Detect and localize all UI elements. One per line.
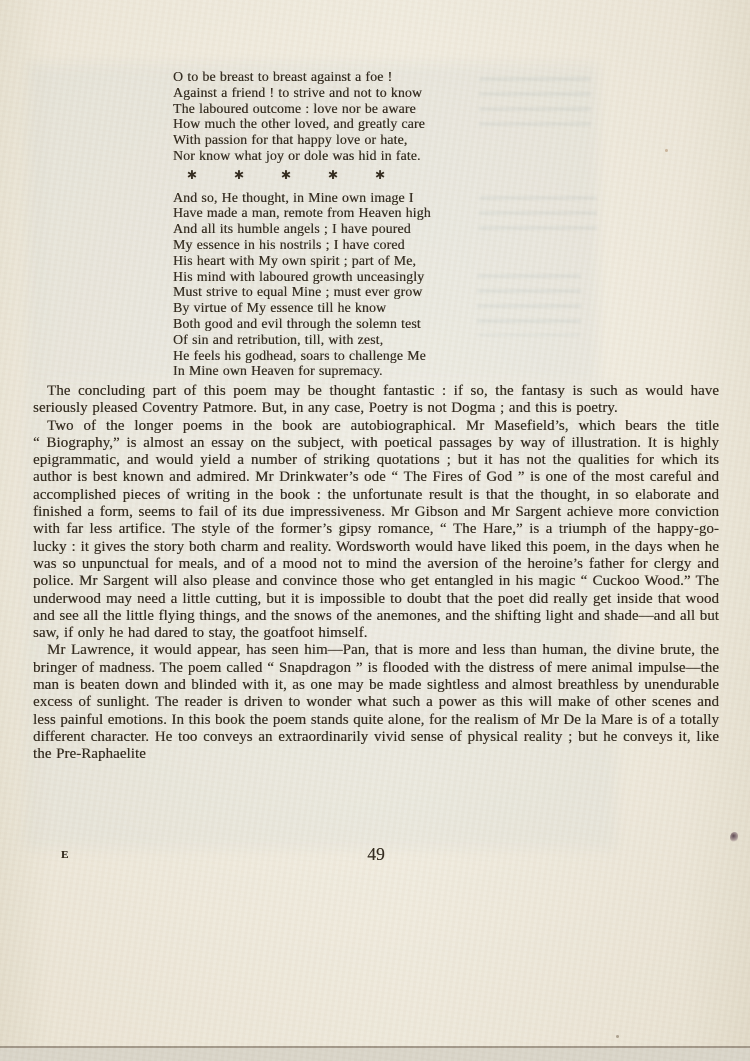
poem-line: His heart with My own spirit ; part of M… [173,253,431,269]
prose-block: The concluding part of this poem may be … [33,383,719,764]
prose-paragraph: The concluding part of this poem may be … [33,383,719,418]
poem-line: Nor know what joy or dole was hid in fat… [173,148,431,164]
poem-line: How much the other loved, and greatly ca… [173,116,431,132]
poem-stanza-1: O to be breast to breast against a foe !… [173,69,431,164]
asterisk-glyph: ∗ [233,168,245,184]
poem-line: Must strive to equal Mine ; must ever gr… [173,284,431,300]
poem-line: And all its humble angels ; I have poure… [173,221,431,237]
poem-line: He feels his godhead, soars to challenge… [173,348,431,364]
poem-stanza-2: And so, He thought, in Mine own image I … [173,190,431,380]
asterisk-glyph: ∗ [327,168,339,184]
poem-line: By virtue of My essence till he know [173,300,431,316]
ink-speck [665,149,668,152]
scan-edge-strip [0,1048,750,1061]
ink-speck [616,1035,619,1038]
poem-line: Have made a man, remote from Heaven high [173,205,431,221]
show-through-ghost-text [479,77,591,127]
asterisk-separator: ∗ ∗ ∗ ∗ ∗ [186,168,386,184]
ink-smudge [730,832,738,842]
book-page-scan: O to be breast to breast against a foe !… [0,0,750,1061]
asterisk-glyph: ∗ [186,168,198,184]
poem-line: My essence in his nostrils ; I have core… [173,237,431,253]
poem-line: Of sin and retribution, till, with zest, [173,332,431,348]
poem-line: With passion for that happy love or hate… [173,132,431,148]
poem-line: His mind with laboured growth unceasingl… [173,269,431,285]
asterisk-glyph: ∗ [374,168,386,184]
ink-speck [700,470,702,472]
poem-line: And so, He thought, in Mine own image I [173,190,431,206]
poem-line: O to be breast to breast against a foe ! [173,69,431,85]
show-through-ghost-text [479,196,597,236]
poem-block: O to be breast to breast against a foe !… [173,69,431,379]
poem-line: In Mine own Heaven for supremacy. [173,363,431,379]
prose-paragraph: Two of the longer poems in the book are … [33,418,719,643]
poem-line: Against a friend ! to strive and not to … [173,85,431,101]
poem-line: The laboured outcome : love nor be aware [173,101,431,117]
poem-line: Both good and evil through the solemn te… [173,316,431,332]
show-through-ghost-text [477,274,581,336]
page-number: 49 [33,844,719,865]
prose-paragraph: Mr Lawrence, it would appear, has seen h… [33,642,719,763]
asterisk-glyph: ∗ [280,168,292,184]
